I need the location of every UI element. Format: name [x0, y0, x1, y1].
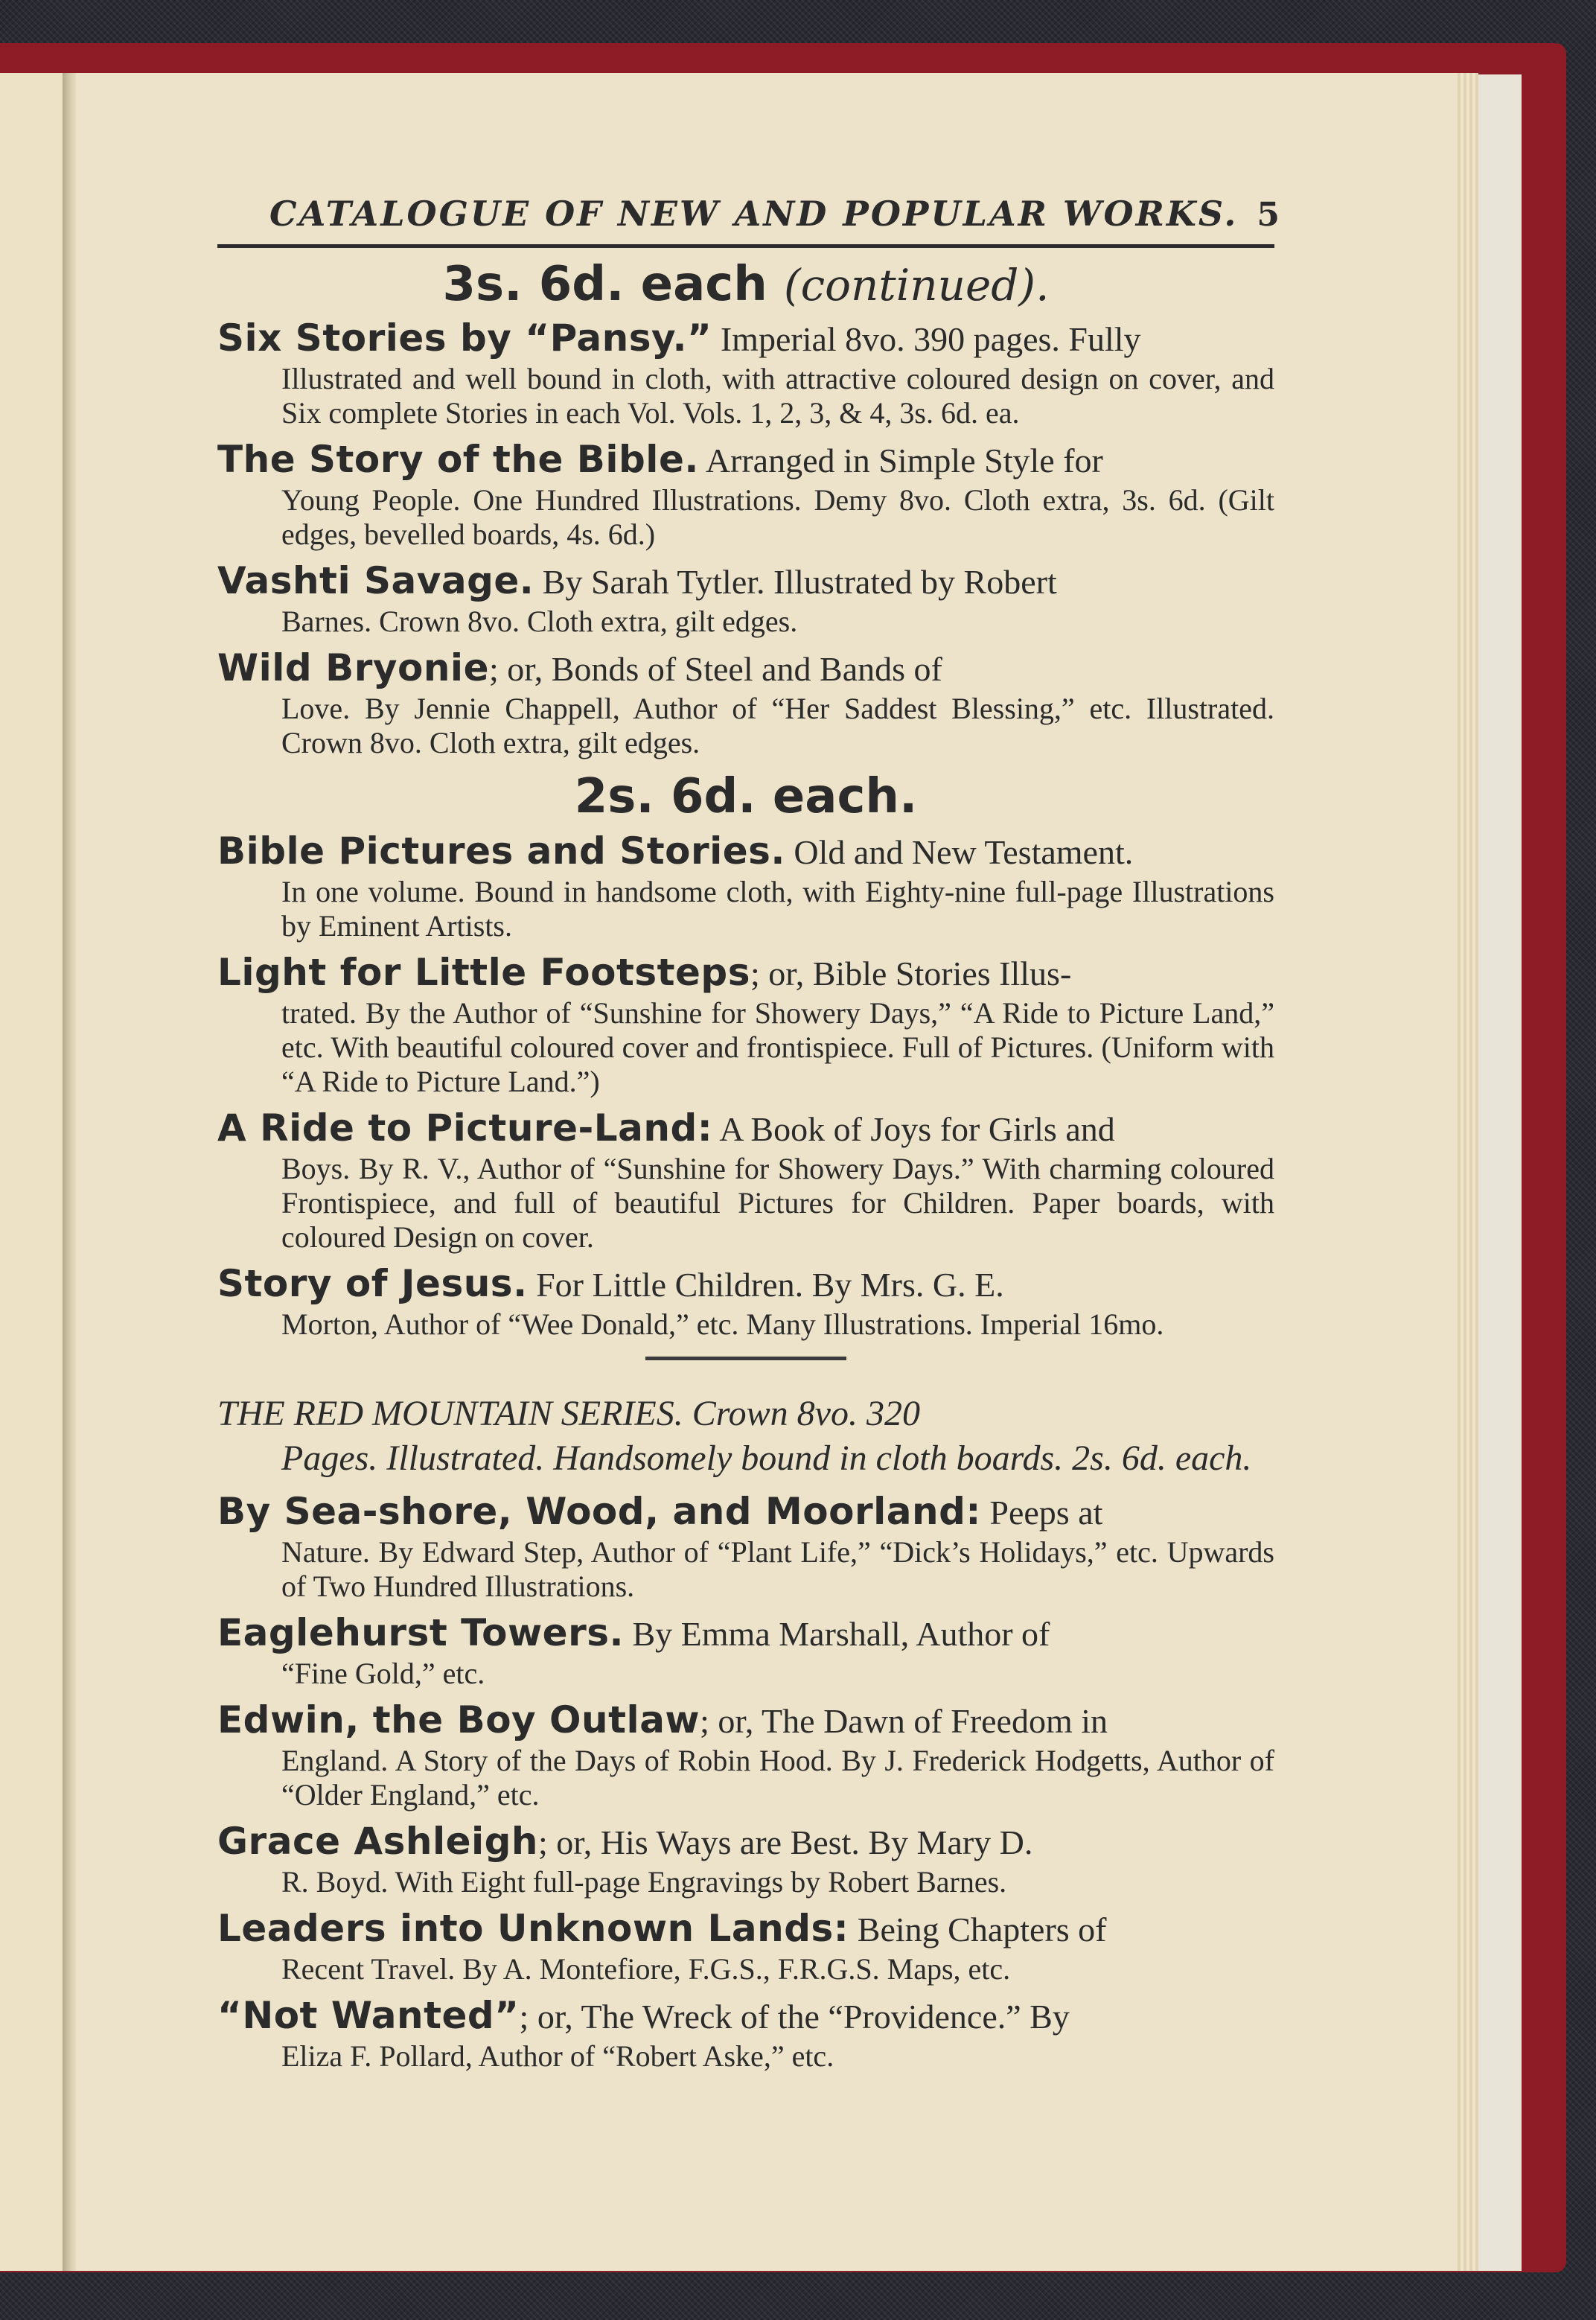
catalogue-entry: Vashti Savage. By Sarah Tytler. Illustra… [217, 559, 1274, 639]
section-heading: 2s. 6d. each. [217, 771, 1274, 823]
entry-description: Love. By Jennie Chappell, Author of “Her… [217, 692, 1274, 760]
entry-description: Young People. One Hundred Illustrations.… [217, 483, 1274, 552]
entry-description: Barnes. Crown 8vo. Cloth extra, gilt edg… [217, 605, 1274, 639]
entry-description: Nature. By Edward Step, Author of “Plant… [217, 1535, 1274, 1604]
running-head: CATALOGUE OF NEW AND POPULAR WORKS. 5 [217, 194, 1274, 234]
entry-description: Eliza F. Pollard, Author of “Robert Aske… [217, 2039, 1274, 2074]
entry-description: Illustrated and well bound in cloth, wit… [217, 362, 1274, 430]
entry-title: Edwin, the Boy Outlaw [217, 1698, 700, 1741]
catalogue-entry: Edwin, the Boy Outlaw; or, The Dawn of F… [217, 1698, 1274, 1812]
entry-title: The Story of the Bible. [217, 438, 699, 481]
entry-title: Six Stories by “Pansy.” [217, 316, 712, 360]
catalogue-entry: “Not Wanted”; or, The Wreck of the “Prov… [217, 1994, 1274, 2074]
page-edges [1458, 73, 1478, 2271]
entry-title: A Ride to Picture-Land: [217, 1106, 712, 1150]
catalogue-entry: Six Stories by “Pansy.” Imperial 8vo. 39… [217, 316, 1274, 430]
section-divider [645, 1357, 846, 1360]
entry-title: By Sea-shore, Wood, and Moorland: [217, 1490, 981, 1533]
entry-description: “Fine Gold,” etc. [217, 1657, 1274, 1691]
entry-description: Recent Travel. By A. Montefiore, F.G.S.,… [217, 1952, 1274, 1986]
entry-title: Bible Pictures and Stories. [217, 829, 785, 873]
left-page-edge [0, 73, 63, 2271]
catalogue-entry: Light for Little Footsteps; or, Bible St… [217, 951, 1274, 1099]
entry-title: Wild Bryonie [217, 646, 489, 689]
entry-title: Eaglehurst Towers. [217, 1611, 624, 1654]
endpaper [1478, 74, 1522, 2271]
page-content: CATALOGUE OF NEW AND POPULAR WORKS. 5 3s… [217, 194, 1274, 2081]
entry-description: R. Boyd. With Eight full-page Engravings… [217, 1865, 1274, 1899]
catalogue-entry: By Sea-shore, Wood, and Moorland: Peeps … [217, 1490, 1274, 1604]
entry-description: trated. By the Author of “Sunshine for S… [217, 996, 1274, 1099]
entry-description: Boys. By R. V., Author of “Sunshine for … [217, 1152, 1274, 1255]
entry-title: Story of Jesus. [217, 1262, 528, 1305]
header-rule [217, 244, 1274, 248]
catalogue-entry: Grace Ashleigh; or, His Ways are Best. B… [217, 1820, 1274, 1899]
catalogue-entry: Wild Bryonie; or, Bonds of Steel and Ban… [217, 646, 1274, 760]
catalogue-entry: The Story of the Bible. Arranged in Simp… [217, 438, 1274, 552]
entry-title: “Not Wanted” [217, 1994, 520, 2037]
entry-title: Light for Little Footsteps [217, 951, 750, 994]
entry-title: Grace Ashleigh [217, 1820, 538, 1863]
entry-title: Vashti Savage. [217, 559, 534, 602]
catalogue-entry: A Ride to Picture-Land: A Book of Joys f… [217, 1106, 1274, 1255]
entry-description: Morton, Author of “Wee Donald,” etc. Man… [217, 1307, 1274, 1342]
catalogue-entry: Story of Jesus. For Little Children. By … [217, 1262, 1274, 1342]
catalogue-entry: Eaglehurst Towers. By Emma Marshall, Aut… [217, 1611, 1274, 1691]
page-number: 5 [1257, 196, 1282, 234]
catalogue-entry: Leaders into Unknown Lands: Being Chapte… [217, 1907, 1274, 1986]
catalogue-entry: Bible Pictures and Stories. Old and New … [217, 829, 1274, 943]
section-heading: 3s. 6d. each (continued). [217, 258, 1274, 310]
entry-description: England. A Story of the Days of Robin Ho… [217, 1744, 1274, 1812]
entry-description: In one volume. Bound in handsome cloth, … [217, 875, 1274, 943]
entry-title: Leaders into Unknown Lands: [217, 1907, 849, 1950]
running-head-title: CATALOGUE OF NEW AND POPULAR WORKS. [269, 194, 1238, 234]
series-note: THE RED MOUNTAIN SERIES. Crown 8vo. 320 … [217, 1392, 1274, 1481]
page-gutter [63, 73, 76, 2271]
